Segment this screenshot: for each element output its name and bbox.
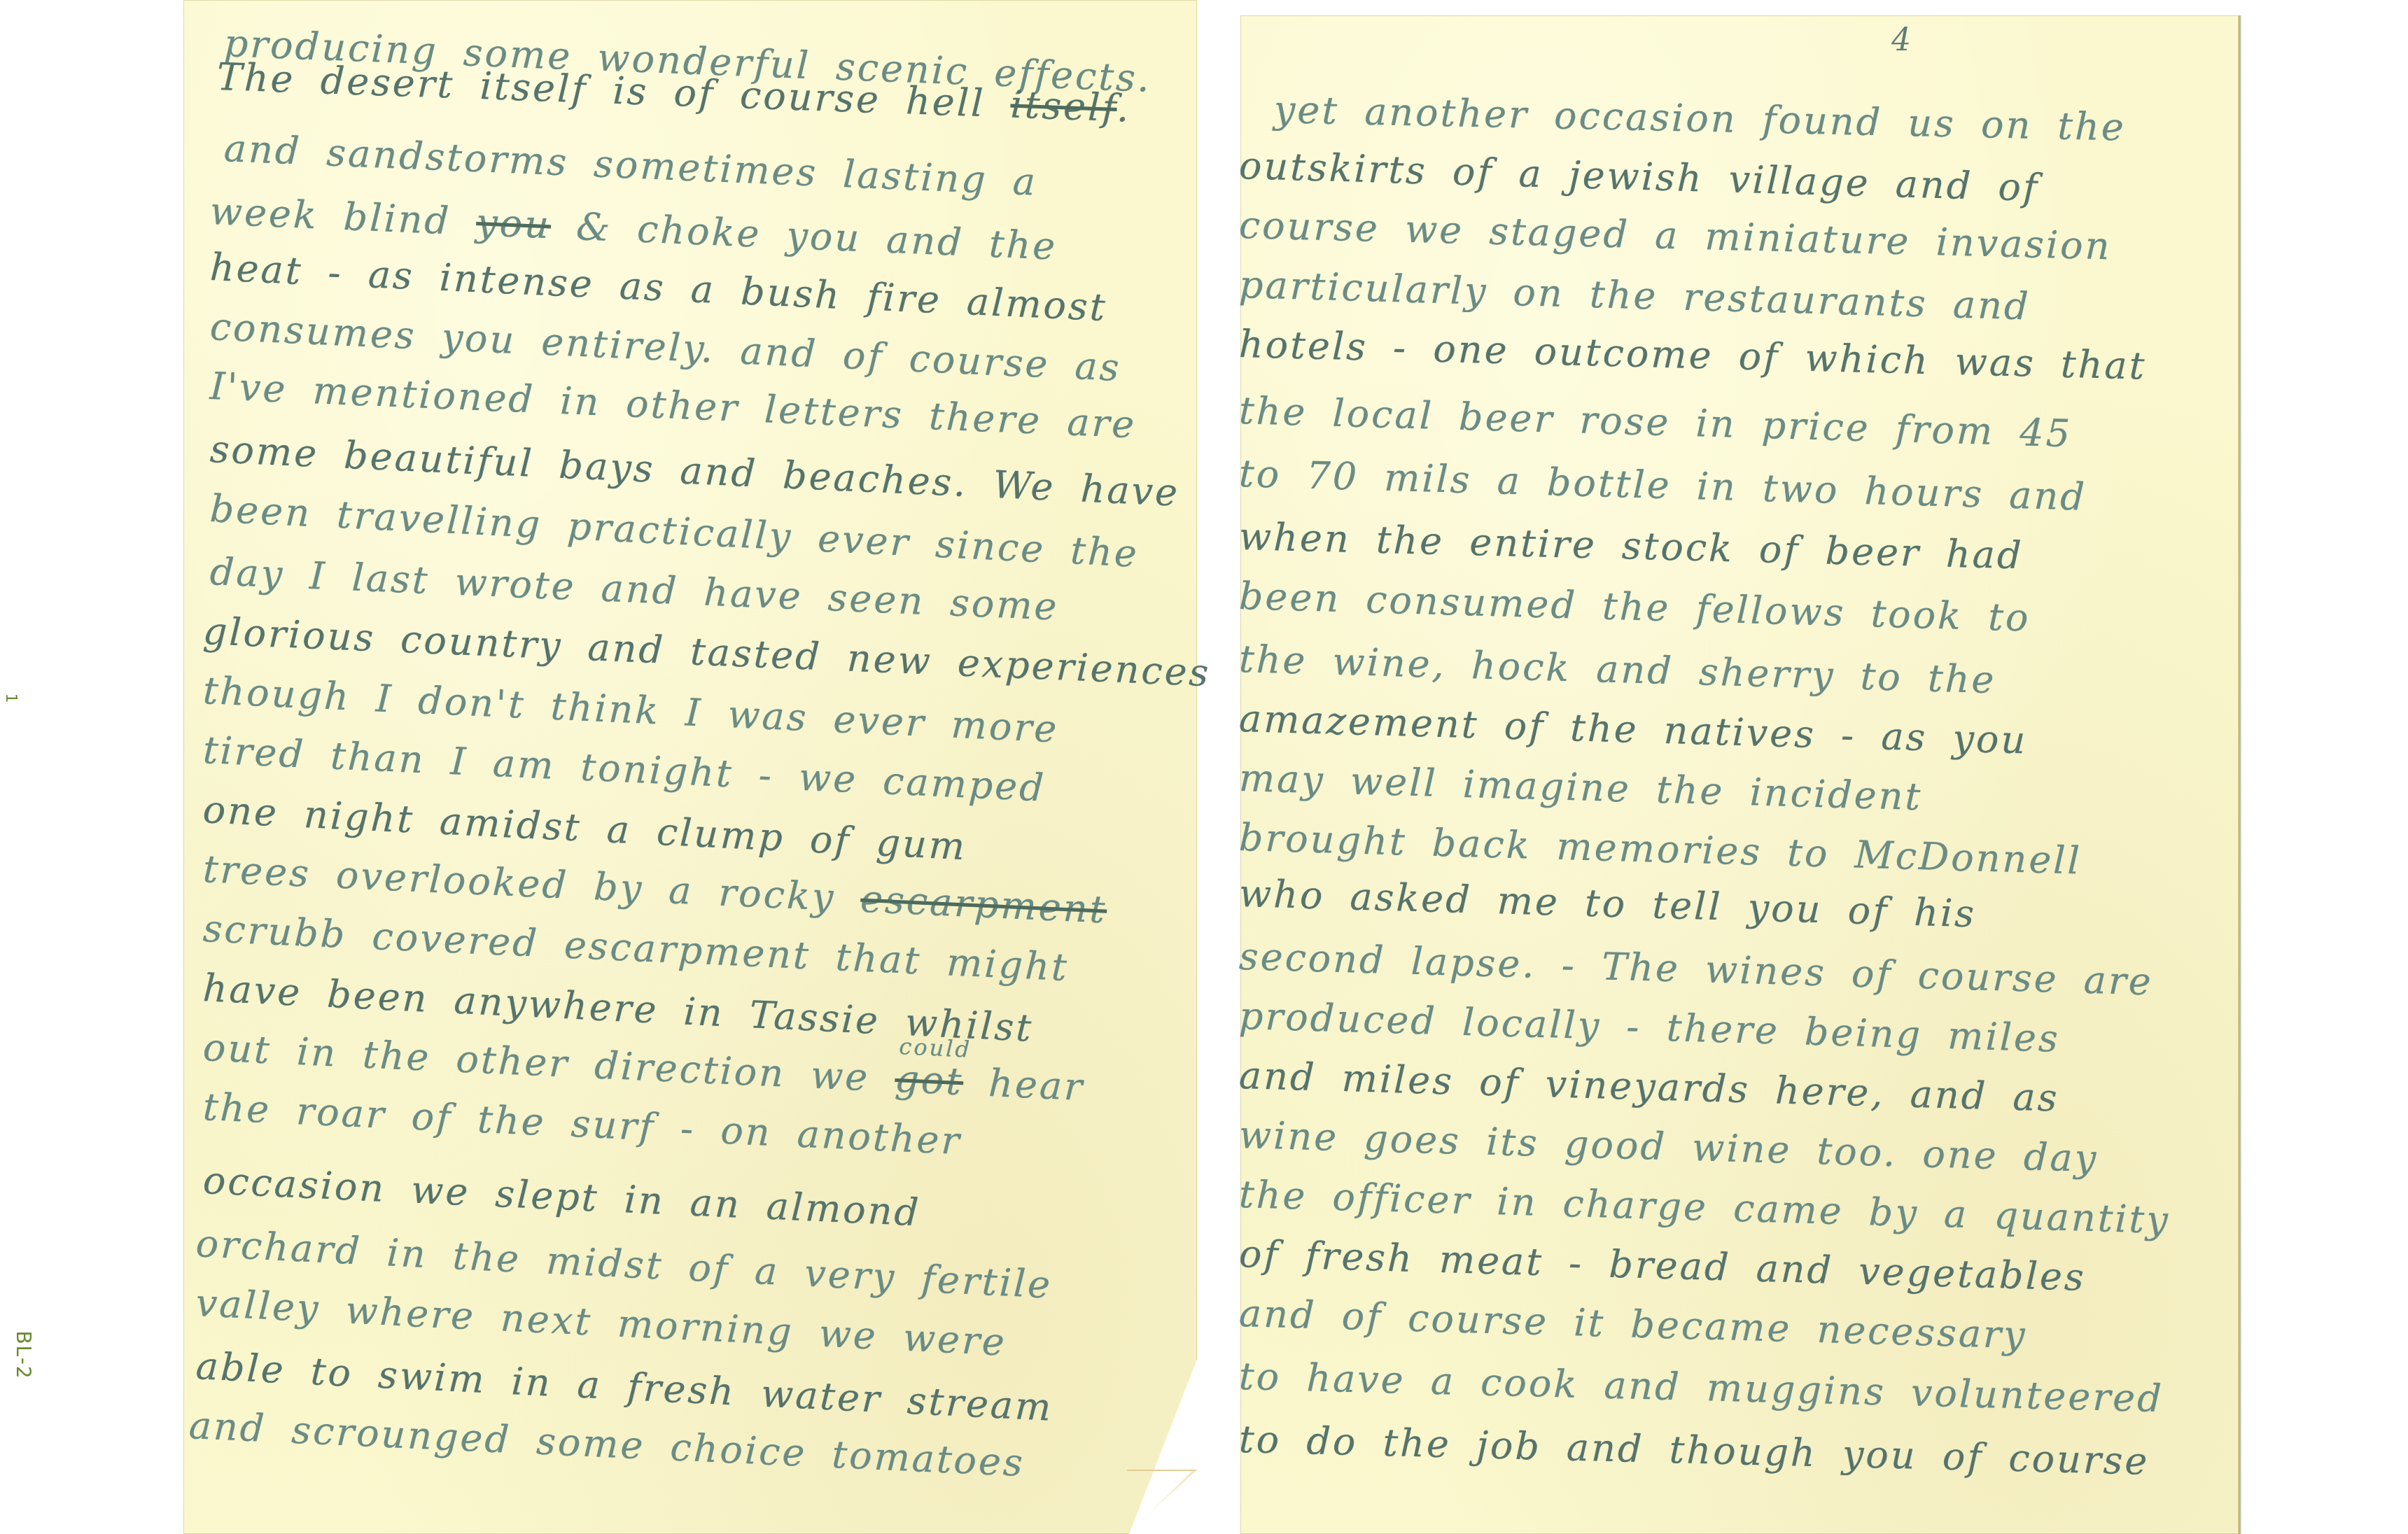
- margin-document-id: BL-2: [12, 1330, 35, 1379]
- struck-through-word: itself: [1010, 83, 1118, 130]
- struck-through-word: got: [894, 1057, 965, 1104]
- folded-corner: [1127, 1470, 1197, 1534]
- margin-page-index: 1: [2, 694, 20, 703]
- struck-through-word: you: [475, 200, 552, 247]
- inserted-correction: could: [899, 1033, 972, 1063]
- scanned-letter: 1 BL-2 4 producing some wonderful scenic…: [0, 0, 2408, 1534]
- page-number: 4: [1891, 22, 1911, 58]
- handwritten-text: hear: [962, 1060, 1086, 1109]
